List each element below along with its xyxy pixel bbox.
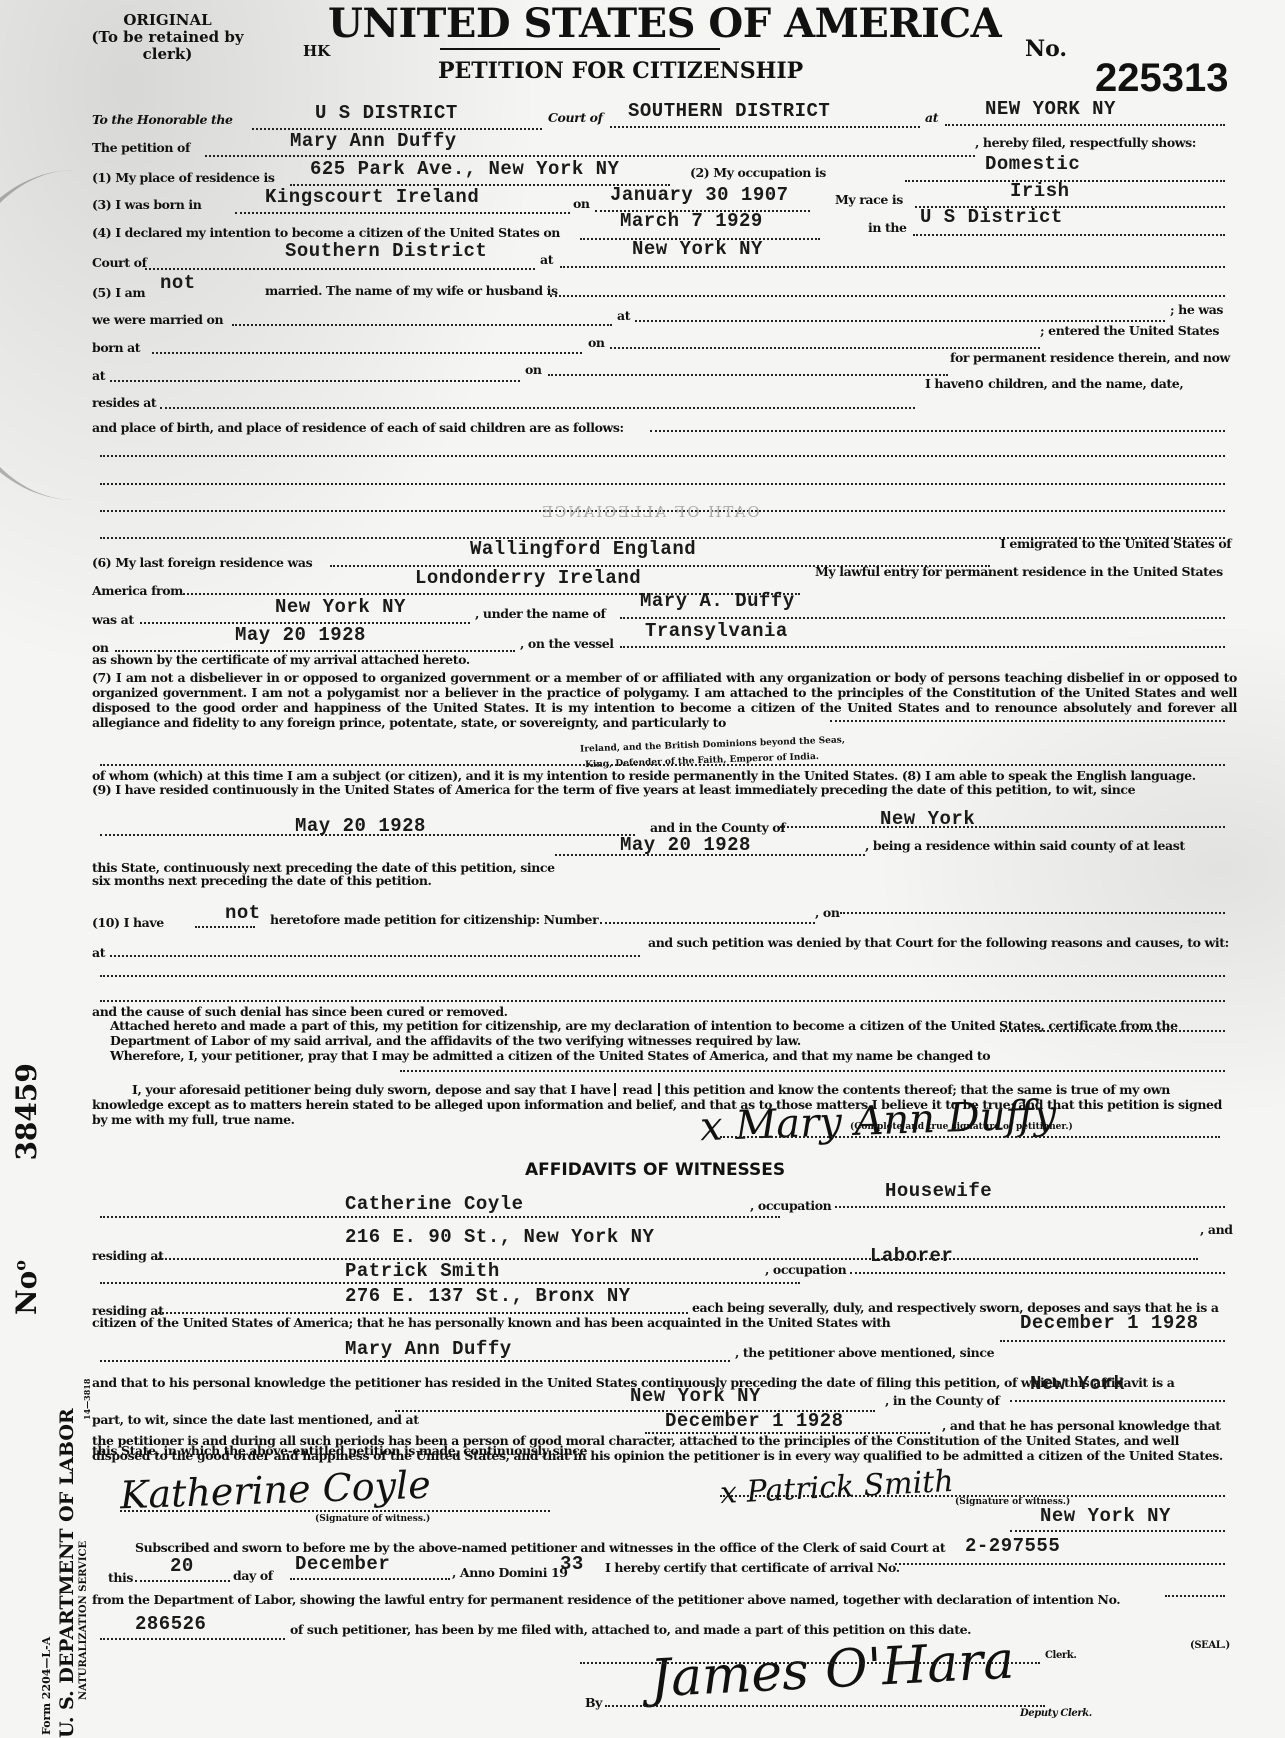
clerk-label: Clerk. bbox=[1045, 1650, 1076, 1661]
margin-number: Noo 38459 bbox=[10, 1063, 43, 1315]
occupation-label: (2) My occupation is bbox=[690, 165, 826, 180]
certificate-number-value: 2-297555 bbox=[965, 1535, 1060, 1557]
married-status-value: not bbox=[160, 272, 196, 294]
race-label: My race is bbox=[835, 192, 903, 207]
certificate-attached-label: as shown by the certificate of my arriva… bbox=[92, 652, 470, 667]
sworn-pre-text: I, your aforesaid petitioner being duly … bbox=[92, 1082, 611, 1097]
emigrated-label: I emigrated to the United States of bbox=[1000, 536, 1231, 551]
witnesses-heading: AFFIDAVITS OF WITNESSES bbox=[525, 1160, 785, 1180]
oath-ghost-text: OATH OF ALLEGIANCE bbox=[540, 503, 760, 521]
witness-2-occupation: Laborer bbox=[870, 1245, 953, 1267]
and-label: , and bbox=[1200, 1222, 1233, 1237]
deputy-clerk-label: Deputy Clerk. bbox=[1020, 1708, 1092, 1719]
petitioner-signature-caption: (Complete and true signature of petition… bbox=[850, 1122, 1073, 1132]
occupation-value: Domestic bbox=[985, 153, 1080, 175]
court-of-label-2: Court of bbox=[92, 255, 147, 270]
witness-2-name: Patrick Smith bbox=[345, 1260, 500, 1282]
margin-no-label: No bbox=[10, 1271, 43, 1315]
entry-on-label: on bbox=[525, 362, 542, 377]
declaration-court-value: U S District bbox=[920, 206, 1063, 228]
was-at-label: was at bbox=[92, 612, 134, 627]
witness-county-value: New York bbox=[1030, 1373, 1125, 1395]
seal-stamp-impression bbox=[0, 170, 210, 500]
residence-label: (1) My place of residence is bbox=[92, 170, 275, 185]
witness-2-signature: x Patrick Smith bbox=[719, 1464, 954, 1511]
entered-label: ; entered the United States bbox=[1040, 323, 1219, 338]
petition-document: ORIGINAL (To be retained by clerk) HK UN… bbox=[0, 0, 1285, 1738]
witness-county-label: , in the County of bbox=[885, 1393, 999, 1408]
married-on-label: we were married on bbox=[92, 312, 223, 327]
witness-1-signature-caption: (Signature of witness.) bbox=[315, 1514, 430, 1524]
resides-at-label: resides at bbox=[92, 395, 156, 410]
entry-port-value: New York NY bbox=[275, 596, 406, 618]
prior-status-value: not bbox=[225, 902, 261, 924]
permanent-label: for permanent residence therein, and now bbox=[950, 350, 1230, 365]
vessel-label: , on the vessel bbox=[520, 636, 614, 651]
clerk-signature: James O'Hara bbox=[649, 1631, 1016, 1710]
witness-petitioner-name: Mary Ann Duffy bbox=[345, 1338, 512, 1360]
witness-2-occupation-label: , occupation bbox=[765, 1262, 846, 1277]
title-underline bbox=[440, 48, 720, 50]
witness-1-address: 216 E. 90 St., New York NY bbox=[345, 1226, 654, 1248]
from-dept-label: from the Department of Labor, showing th… bbox=[92, 1592, 1152, 1607]
declaration-district-value: Southern District bbox=[285, 240, 487, 262]
declaration-number-value: 286526 bbox=[135, 1613, 206, 1635]
prior-at-label: at bbox=[92, 945, 105, 960]
read-option: read bbox=[622, 1082, 652, 1097]
seal-label: (SEAL.) bbox=[1190, 1640, 1230, 1651]
knowledge-text: , and that he has personal knowledge tha… bbox=[92, 1418, 1237, 1463]
in-the-label: in the bbox=[868, 220, 907, 235]
jurat-year-value: 33 bbox=[560, 1553, 584, 1575]
birthplace-value: Kingscourt Ireland bbox=[265, 186, 479, 208]
day-of-label: day of bbox=[233, 1568, 273, 1583]
filed-label: , hereby filed, respectfully shows: bbox=[975, 135, 1196, 150]
children-pre: I have bbox=[925, 376, 965, 391]
married-at-label: at bbox=[617, 308, 630, 323]
vessel-value: Transylvania bbox=[645, 620, 788, 642]
lawful-entry-label: My lawful entry for permanent residence … bbox=[815, 564, 1223, 579]
form-number: Form 2204—L-A bbox=[40, 1637, 53, 1735]
document-subtitle: PETITION FOR CITIZENSHIP bbox=[438, 58, 803, 84]
form-code: 14—3818 bbox=[82, 1379, 92, 1420]
heretofore-label: heretofore made petition for citizenship… bbox=[270, 912, 598, 927]
denied-label: and such petition was denied by that Cou… bbox=[648, 935, 1229, 950]
he-was-label: ; he was bbox=[1170, 302, 1223, 317]
attached-paragraph: Attached hereto and made a part of this,… bbox=[110, 1018, 1240, 1048]
residence-9-label: (9) I have resided continuously in the U… bbox=[92, 782, 1237, 797]
i-am-label: (5) I am bbox=[92, 285, 145, 300]
children-count-value: no bbox=[965, 376, 984, 393]
anno-domini-label: , Anno Domini 19 bbox=[452, 1565, 568, 1580]
this-label: this bbox=[108, 1570, 133, 1585]
margin-number-value: 38459 bbox=[10, 1063, 43, 1160]
court-of-label: Court of bbox=[548, 110, 603, 125]
last-residence-label: (6) My last foreign residence was bbox=[92, 555, 312, 570]
known-since-label: , the petitioner above mentioned, since bbox=[735, 1345, 994, 1360]
clerk-initials: HK bbox=[303, 42, 330, 60]
original-label: ORIGINAL bbox=[80, 12, 255, 29]
six-months-label: six months next preceding the date of th… bbox=[92, 873, 432, 888]
court-type: U S DISTRICT bbox=[315, 102, 458, 124]
children-label: I haveno children, and the name, date, bbox=[925, 376, 1183, 393]
petition-of-label: The petition of bbox=[92, 140, 190, 155]
declaration-date-value: March 7 1929 bbox=[620, 210, 763, 232]
children-list-label: and place of birth, and place of residen… bbox=[92, 420, 624, 435]
jurat-filed-label: of such petitioner, has been by me filed… bbox=[290, 1622, 971, 1637]
retained-note: (To be retained by clerk) bbox=[80, 29, 255, 63]
born-label: (3) I was born in bbox=[92, 197, 201, 212]
witness-1-residing-label: residing at bbox=[92, 1248, 163, 1263]
last-residence-value: Wallingford England bbox=[470, 538, 696, 560]
birth-on-label: on bbox=[573, 196, 590, 211]
children-post: children, and the name, date, bbox=[988, 376, 1183, 391]
county-label: and in the County of bbox=[650, 820, 785, 835]
declaration-at-label: at bbox=[540, 252, 553, 267]
known-since-value: December 1 1928 bbox=[1020, 1312, 1199, 1334]
cured-label: and the cause of such denial has since b… bbox=[92, 1004, 1237, 1019]
entry-name-value: Mary A. Duffy bbox=[640, 590, 795, 612]
subscribed-label: Subscribed and sworn to before me by the… bbox=[135, 1540, 945, 1555]
sworn-paragraph: I, your aforesaid petitioner being duly … bbox=[92, 1082, 1237, 1127]
jurat-month-value: December bbox=[295, 1553, 390, 1575]
jurat-day-value: 20 bbox=[170, 1555, 194, 1577]
read-option-box: read bbox=[614, 1083, 660, 1096]
declaration-location-value: New York NY bbox=[632, 238, 763, 260]
prior-i-have-label: (10) I have bbox=[92, 915, 164, 930]
number-label: No. bbox=[1025, 36, 1067, 62]
birth-date-value: January 30 1907 bbox=[610, 184, 789, 206]
by-label: By bbox=[585, 1695, 602, 1710]
jurat-location-value: New York NY bbox=[1040, 1505, 1171, 1527]
department-label: U. S. DEPARTMENT OF LABOR bbox=[56, 1408, 78, 1738]
certify-label: I hereby certify that certificate of arr… bbox=[605, 1560, 900, 1575]
original-note: ORIGINAL (To be retained by clerk) bbox=[80, 12, 255, 63]
document-title: UNITED STATES OF AMERICA bbox=[328, 0, 1001, 47]
service-label: NATURALIZATION SERVICE bbox=[78, 1541, 89, 1700]
under-name-label: , under the name of bbox=[475, 606, 606, 621]
us-since-value: May 20 1928 bbox=[295, 815, 426, 837]
born-at-label: born at bbox=[92, 340, 140, 355]
court-location: NEW YORK NY bbox=[985, 98, 1116, 120]
to-honorable-label: To the Honorable the bbox=[92, 112, 233, 127]
declared-label: (4) I declared my intention to become a … bbox=[92, 225, 560, 240]
court-district: SOUTHERN DISTRICT bbox=[628, 100, 830, 122]
married-label: married. The name of my wife or husband … bbox=[265, 283, 558, 298]
witness-1-name: Catherine Coyle bbox=[345, 1193, 524, 1215]
entry-date-value: May 20 1928 bbox=[235, 624, 366, 646]
being-label: , being a residence within said county o… bbox=[865, 838, 1185, 853]
race-value: Irish bbox=[1010, 180, 1070, 202]
subject-line: of whom (which) at this time I am a subj… bbox=[92, 768, 1237, 783]
america-from-label: America from bbox=[92, 583, 183, 598]
court-at-label: at bbox=[925, 110, 938, 125]
wherefore-paragraph: Wherefore, I, your petitioner, pray that… bbox=[110, 1048, 1010, 1063]
county-value: New York bbox=[880, 808, 975, 830]
witness-1-occupation: Housewife bbox=[885, 1180, 992, 1202]
petitioner-name: Mary Ann Duffy bbox=[290, 130, 457, 152]
entry-at-label: at bbox=[92, 368, 105, 383]
emigrated-from-value: Londonderry Ireland bbox=[415, 567, 641, 589]
prior-on-label: , on bbox=[815, 905, 840, 920]
witness-resided-at-value: New York NY bbox=[630, 1385, 761, 1407]
witness-1-occupation-label: , occupation bbox=[750, 1198, 831, 1213]
petition-number: 225313 bbox=[1095, 56, 1228, 101]
state-since-value: May 20 1928 bbox=[620, 834, 751, 856]
spouse-born-on-label: on bbox=[588, 335, 605, 350]
residence-value: 625 Park Ave., New York NY bbox=[310, 158, 619, 180]
